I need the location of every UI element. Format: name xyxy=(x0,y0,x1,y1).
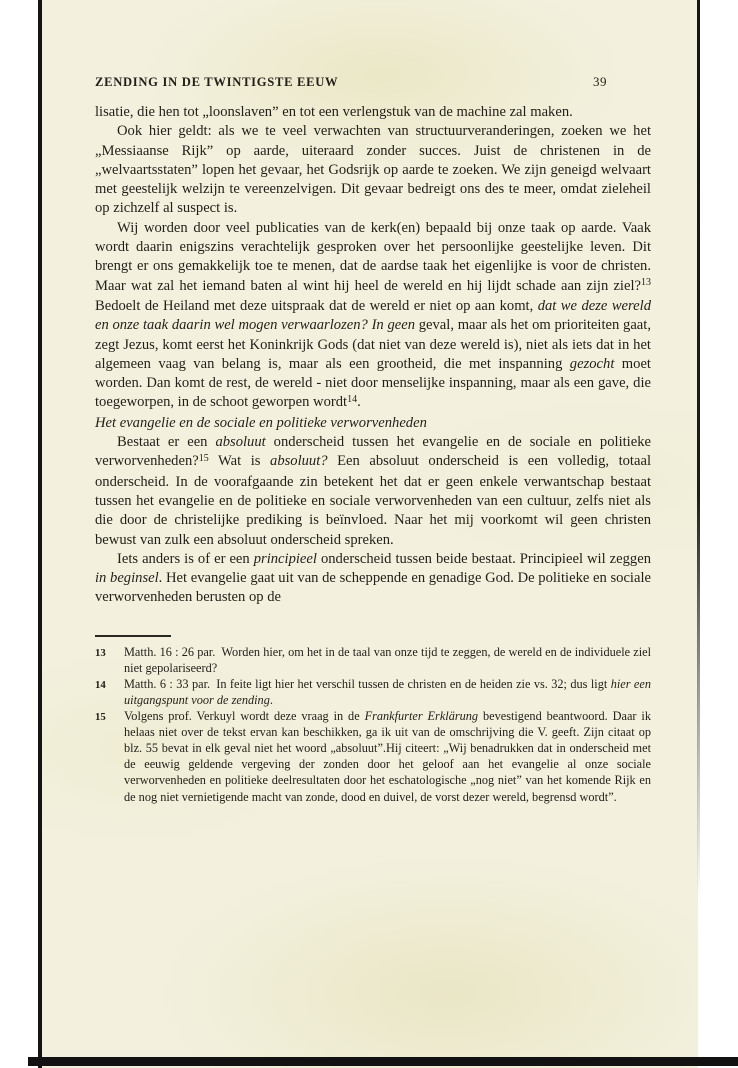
page-number: 39 xyxy=(593,74,607,90)
paragraph: Wij worden door veel publicaties van de … xyxy=(95,219,651,414)
paragraph: Bestaat er een absoluut onderscheid tuss… xyxy=(95,433,651,550)
scan-edge-left xyxy=(38,0,42,1068)
footnote-text: Matth. 16 : 26 par. Worden hier, om het … xyxy=(124,644,651,676)
section-heading: Het evangelie en de sociale en politieke… xyxy=(95,414,651,433)
footnotes: 13 Matth. 16 : 26 par. Worden hier, om h… xyxy=(95,644,651,805)
footnote: 14 Matth. 6 : 33 par. In feite ligt hier… xyxy=(95,676,651,708)
footnote-text: Matth. 6 : 33 par. In feite ligt hier he… xyxy=(124,676,651,708)
page-paper: ZENDING IN DE TWINTIGSTE EEUW 39 lisatie… xyxy=(42,0,698,1068)
paragraph: Ook hier geldt: als we te veel verwachte… xyxy=(95,122,651,218)
page-content: lisatie, die hen tot „loonslaven” en tot… xyxy=(95,103,651,805)
running-head-title: ZENDING IN DE TWINTIGSTE EEUW xyxy=(95,75,338,90)
scan-edge-bottom xyxy=(28,1057,738,1066)
footnote-number: 13 xyxy=(95,644,124,676)
scan-edge-right xyxy=(697,0,700,900)
footnote-text: Volgens prof. Verkuyl wordt deze vraag i… xyxy=(124,708,651,805)
footnote-separator-rule xyxy=(95,635,171,637)
footnote-number: 15 xyxy=(95,708,124,805)
footnote: 15 Volgens prof. Verkuyl wordt deze vraa… xyxy=(95,708,651,805)
footnote-number: 14 xyxy=(95,676,124,708)
footnote: 13 Matth. 16 : 26 par. Worden hier, om h… xyxy=(95,644,651,676)
running-head: ZENDING IN DE TWINTIGSTE EEUW 39 xyxy=(95,74,607,90)
paragraph: lisatie, die hen tot „loonslaven” en tot… xyxy=(95,103,651,122)
scanned-book-page: ZENDING IN DE TWINTIGSTE EEUW 39 lisatie… xyxy=(0,0,738,1068)
paragraph: Iets anders is of er een principieel ond… xyxy=(95,550,651,608)
